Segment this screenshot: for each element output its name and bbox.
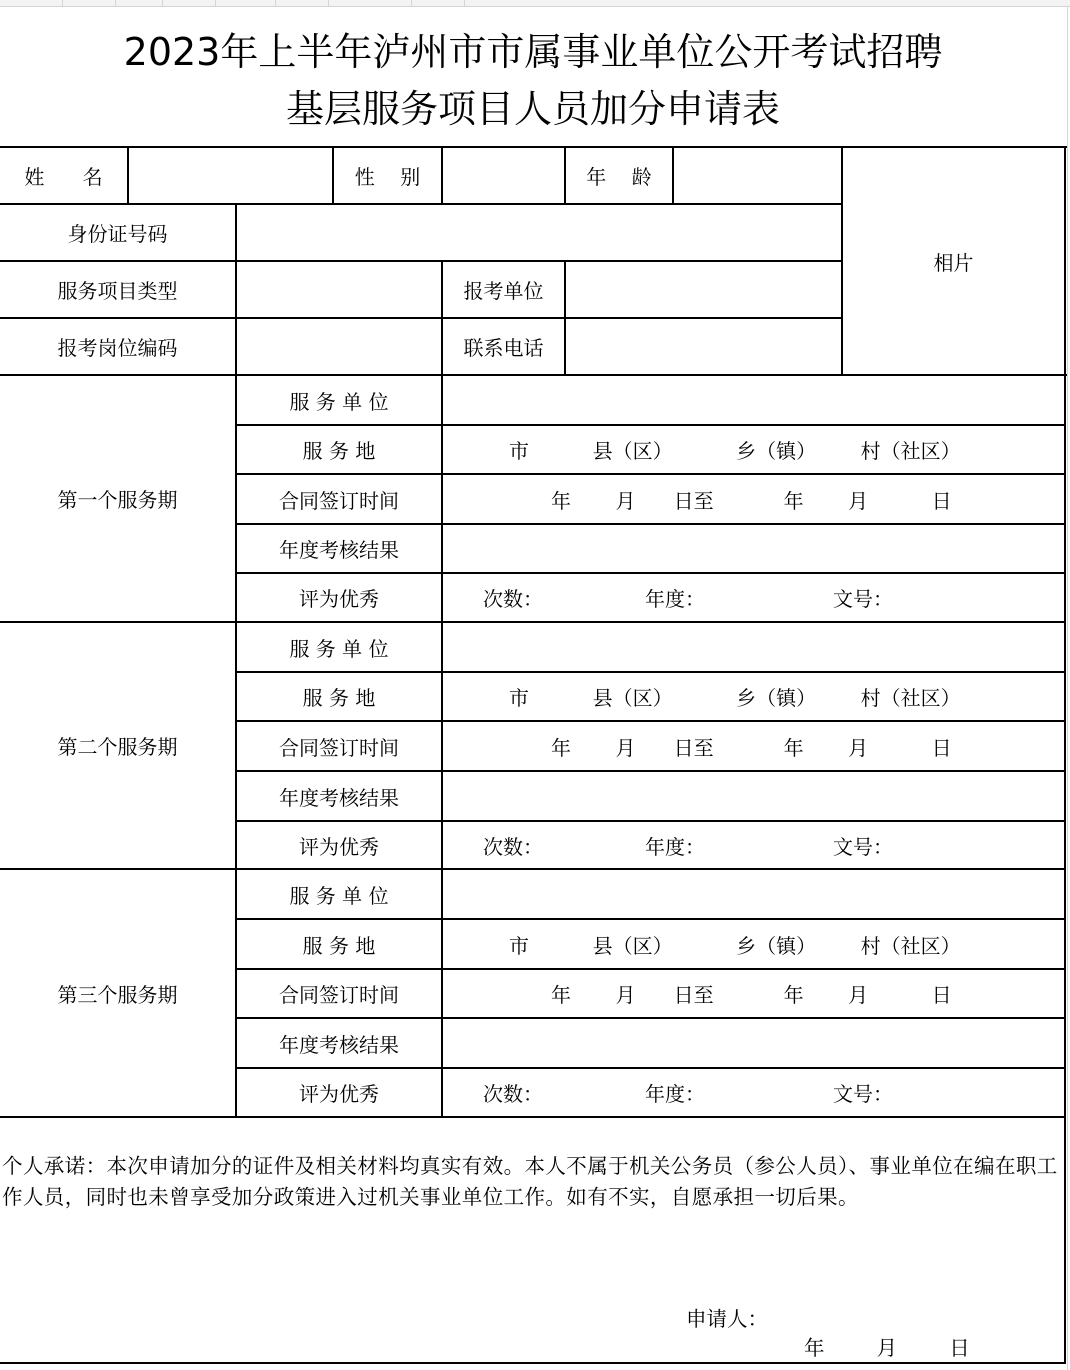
excellent-year-field[interactable]: 年度： — [645, 822, 795, 868]
spreadsheet-column-header-strip — [0, 0, 1070, 7]
contract-date-field[interactable]: 年 月 日至 年 月 日 — [443, 475, 1064, 523]
excellent-label: 评为优秀 — [237, 822, 441, 868]
service-unit-label: 服 务 单 位 — [237, 376, 441, 424]
photo-box[interactable]: 相片 — [843, 148, 1064, 374]
phone-label: 联系电话 — [443, 319, 564, 374]
table-border — [0, 1362, 1066, 1364]
service-unit-field[interactable] — [443, 376, 1064, 424]
personal-pledge-text: 个人承诺：本次申请加分的证件及相关材料均真实有效。本人不属于机关公务员（参公人员… — [2, 1151, 1064, 1213]
excellent-label: 评为优秀 — [237, 574, 441, 621]
age-label: 年 龄 — [566, 148, 672, 203]
contract-date-field[interactable]: 年 月 日至 年 月 日 — [443, 722, 1064, 770]
contract-date-field[interactable]: 年 月 日至 年 月 日 — [443, 970, 1064, 1017]
id-number-field[interactable] — [237, 205, 841, 260]
annual-review-field[interactable] — [443, 772, 1064, 820]
contract-date-label: 合同签订时间 — [237, 475, 441, 523]
table-border — [1064, 146, 1066, 1364]
contract-date-label: 合同签订时间 — [237, 970, 441, 1017]
spreadsheet-gridline — [1067, 6, 1068, 1370]
excellent-label: 评为优秀 — [237, 1069, 441, 1116]
phone-field[interactable] — [566, 319, 841, 374]
post-code-field[interactable] — [237, 319, 441, 374]
signature-date[interactable]: 年 月 日 — [804, 1331, 970, 1361]
excellent-doc-field[interactable]: 文号： — [833, 574, 1053, 621]
service-type-field[interactable] — [237, 262, 441, 317]
photo-label: 相片 — [934, 247, 974, 276]
gender-field[interactable] — [443, 148, 564, 203]
name-label: 姓 名 — [0, 148, 127, 203]
service-unit-field[interactable] — [443, 870, 1064, 918]
service-type-label: 服务项目类型 — [0, 262, 235, 317]
service-place-label: 服 务 地 — [237, 426, 441, 473]
period-label: 第二个服务期 — [0, 623, 235, 868]
name-field[interactable] — [129, 148, 332, 203]
excellent-year-field[interactable]: 年度： — [645, 574, 795, 621]
period-label: 第三个服务期 — [0, 870, 235, 1116]
table-border — [0, 1116, 1066, 1118]
service-place-label: 服 务 地 — [237, 920, 441, 968]
service-unit-label: 服 务 单 位 — [237, 870, 441, 918]
contract-date-label: 合同签订时间 — [237, 722, 441, 770]
form-title-line1: 2023年上半年泸州市市属事业单位公开考试招聘 — [0, 30, 1066, 74]
annual-review-field[interactable] — [443, 1019, 1064, 1067]
service-unit-label: 服 务 单 位 — [237, 623, 441, 671]
annual-review-field[interactable] — [443, 525, 1064, 572]
age-field[interactable] — [674, 148, 841, 203]
gender-label: 性 别 — [334, 148, 441, 203]
annual-review-label: 年度考核结果 — [237, 772, 441, 820]
service-place-label: 服 务 地 — [237, 673, 441, 720]
excellent-doc-field[interactable]: 文号： — [833, 1069, 1053, 1116]
service-place-field[interactable]: 市 县（区） 乡（镇） 村（社区） — [443, 673, 1064, 720]
service-place-field[interactable]: 市 县（区） 乡（镇） 村（社区） — [443, 426, 1064, 473]
period-label: 第一个服务期 — [0, 376, 235, 621]
excellent-year-field[interactable]: 年度： — [645, 1069, 795, 1116]
excellent-times-field[interactable]: 次数： — [483, 574, 603, 621]
apply-unit-label: 报考单位 — [443, 262, 564, 317]
excellent-times-field[interactable]: 次数： — [483, 822, 603, 868]
excellent-doc-field[interactable]: 文号： — [833, 822, 1053, 868]
annual-review-label: 年度考核结果 — [237, 525, 441, 572]
excellent-times-field[interactable]: 次数： — [483, 1069, 603, 1116]
post-code-label: 报考岗位编码 — [0, 319, 235, 374]
applicant-signature-label: 申请人： — [686, 1302, 768, 1332]
id-number-label: 身份证号码 — [0, 205, 235, 260]
service-place-field[interactable]: 市 县（区） 乡（镇） 村（社区） — [443, 920, 1064, 968]
annual-review-label: 年度考核结果 — [237, 1019, 441, 1067]
service-unit-field[interactable] — [443, 623, 1064, 671]
form-title-line2: 基层服务项目人员加分申请表 — [0, 87, 1066, 131]
apply-unit-field[interactable] — [566, 262, 841, 317]
